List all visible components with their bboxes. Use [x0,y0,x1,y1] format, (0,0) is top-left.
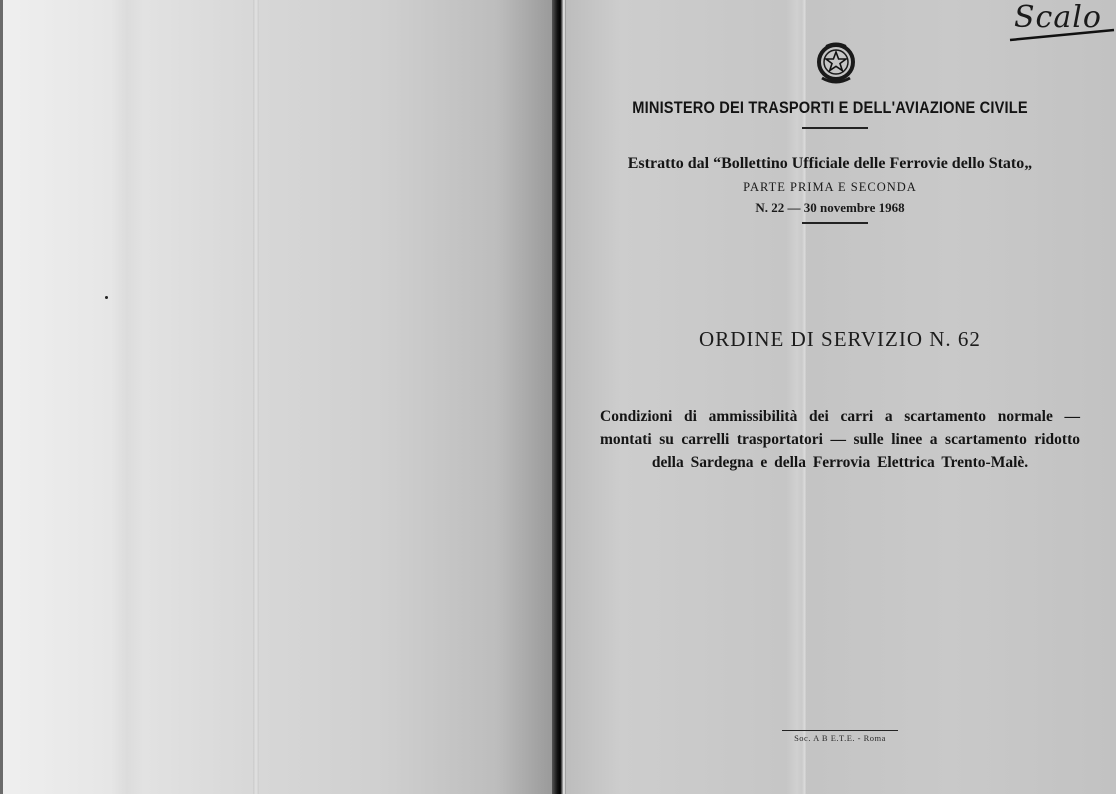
divider [802,222,868,224]
left-page-blank [0,0,552,794]
bulletin-extract-line: Estratto dal “Bollettino Ufficiale delle… [580,155,1080,173]
ministry-heading: MINISTERO DEI TRASPORTI E DELL'AVIAZIONE… [615,98,1045,118]
printer-credit: Soc. A B E.T.E. - Roma [770,733,910,743]
order-subject: Condizioni di ammissibilità dei carri a … [600,405,1080,474]
italian-emblem-icon [814,40,858,88]
paper-fold [802,0,807,794]
order-title: ORDINE DI SERVIZIO N. 62 [580,327,1100,352]
issue-number-date: N. 22 — 30 novembre 1968 [580,200,1080,216]
divider [802,127,868,129]
paper-fold [253,0,259,794]
page-edge [0,0,3,794]
book-gutter [552,0,566,794]
paper-speck [105,296,108,299]
handwritten-note: Scalo [1014,0,1102,35]
cover-page [566,0,1116,794]
divider [782,730,898,731]
part-label: PARTE PRIMA E SECONDA [580,180,1080,195]
